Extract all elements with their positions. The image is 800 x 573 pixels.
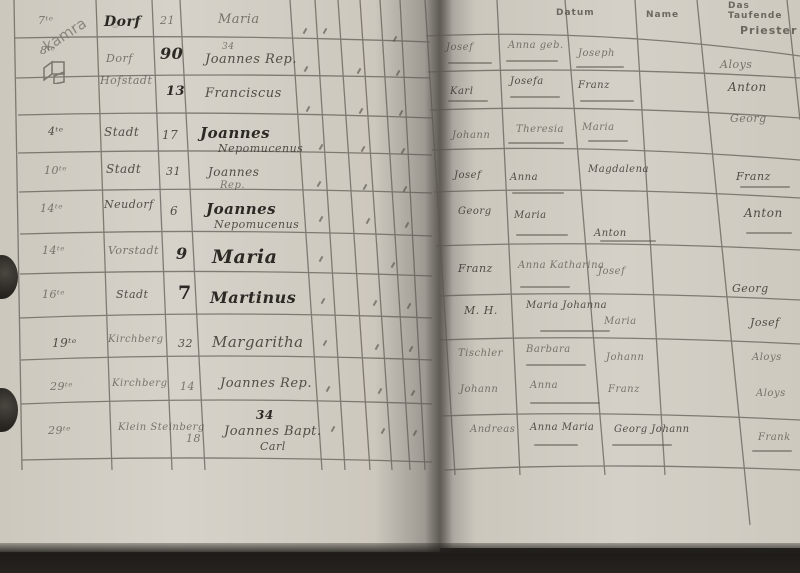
column-header: Das Taufende <box>728 1 800 21</box>
entry-cell: Maria Johanna <box>526 300 607 311</box>
house-cell: Neudorf <box>104 198 154 211</box>
entry-cell: Maria <box>514 210 547 221</box>
entry-cell: Andreas <box>470 424 515 435</box>
number-cell: 21 <box>160 14 175 27</box>
entry-cell: Josef <box>454 170 481 181</box>
house-cell: Vorstadt <box>108 244 159 257</box>
number-cell: 14 <box>180 380 195 393</box>
entry-cell: Aloys <box>756 388 786 399</box>
entry-cell: Aloys <box>720 58 752 71</box>
name-cell: Joannes Rep. <box>220 376 312 391</box>
day-cell: 4ᵗᵉ <box>48 125 63 138</box>
entry-cell: Aloys <box>752 352 782 363</box>
entry-cell: Anna Katharina <box>518 260 604 271</box>
entry-cell: M. H. <box>464 304 498 317</box>
entry-cell: Tischler <box>458 348 503 359</box>
name-cell: Martinus <box>210 288 296 307</box>
entry-cell: Anna <box>530 380 558 391</box>
name-cell: Joannes <box>200 124 270 142</box>
number-cell: 17 <box>162 128 178 142</box>
entry-cell: Franz <box>458 262 493 275</box>
entry-cell: Georg Johann <box>614 424 690 435</box>
entry-cell: Franz <box>736 170 771 183</box>
entry-cell: Magdalena <box>588 164 649 175</box>
entry-cell: Karl <box>450 86 473 97</box>
name-cell-line2: Nepomucenus <box>214 218 299 231</box>
entry-cell: Johann <box>460 384 498 395</box>
number-cell: 32 <box>178 337 193 350</box>
name-cell: Joannes Bapt. <box>224 424 322 439</box>
book-bottom-shadow <box>0 543 800 573</box>
number-cell: 13 <box>166 84 185 99</box>
house-cell: Kirchberg <box>112 378 168 389</box>
day-cell: 7ᵗᵉ <box>38 14 53 27</box>
day-cell: 14ᵗᵉ <box>42 244 65 257</box>
entry-cell: Joseph <box>578 48 615 59</box>
entry-cell: Anna geb. <box>508 40 564 51</box>
column-header: Name <box>646 10 679 20</box>
house-cell: Hofstadt <box>100 74 152 87</box>
entry-cell: Maria <box>604 316 637 327</box>
day-cell: 10ᵗᵉ <box>44 164 67 177</box>
entry-cell: Josefa <box>510 76 544 87</box>
entry-cell: Franz <box>578 80 610 91</box>
entry-cell: Anton <box>744 206 783 220</box>
superscript-note: 34 <box>256 408 274 422</box>
day-cell: 16ᵗᵉ <box>42 288 65 301</box>
superscript-note: 34 <box>222 42 234 52</box>
entry-cell: Georg <box>458 206 492 217</box>
entry-cell: Anton <box>728 80 767 94</box>
register-photograph: kamra © Datum Name Das Taufende Priester… <box>0 0 800 573</box>
entry-cell: Josef <box>446 42 473 53</box>
entry-cell: Georg <box>730 112 767 125</box>
entry-cell: Johann <box>606 352 644 363</box>
entry-cell: Anna <box>510 172 538 183</box>
name-cell: Maria <box>212 246 277 268</box>
number-cell: 6 <box>170 204 178 218</box>
number-cell: 18 <box>186 432 201 445</box>
name-cell: Maria <box>218 12 260 27</box>
entry-cell: Anton <box>594 228 627 239</box>
name-cell: Joannes Rep. <box>205 52 297 67</box>
day-cell: 14ᵗᵉ <box>40 202 63 215</box>
day-cell: 19ᵗᵉ <box>52 336 77 350</box>
cube-logo-icon <box>42 58 66 84</box>
house-cell: Dorf <box>106 52 133 65</box>
entry-cell: Anna Maria <box>530 422 594 433</box>
name-cell: Margaritha <box>212 333 304 351</box>
name-cell: Joannes <box>208 165 259 179</box>
house-cell: Stadt <box>104 125 139 139</box>
name-cell-line2: Rep. <box>220 180 245 191</box>
name-cell-line2: Nepomucenus <box>218 142 303 155</box>
house-cell: Kirchberg <box>108 334 164 345</box>
number-cell: 7 <box>178 282 192 304</box>
column-header: Datum <box>556 8 595 18</box>
day-cell: 29ᵗᵉ <box>48 424 71 437</box>
entry-cell: Barbara <box>526 344 571 355</box>
name-cell: Joannes <box>206 200 276 218</box>
day-cell: 29ᵗᵉ <box>50 380 73 393</box>
house-cell: Stadt <box>106 162 141 176</box>
entry-cell: Franz <box>608 384 640 395</box>
number-cell: 90 <box>160 44 183 63</box>
entry-cell: Theresia <box>516 124 564 135</box>
column-header: Priester <box>740 24 797 37</box>
number-cell: 31 <box>166 165 181 178</box>
entry-cell: Georg <box>732 282 769 295</box>
entry-cell: Frank <box>758 432 791 443</box>
name-cell: Franciscus <box>205 86 282 101</box>
house-cell: Stadt <box>116 288 148 301</box>
name-cell-line2: Carl <box>260 440 286 453</box>
entry-cell: Johann <box>452 130 490 141</box>
house-cell: Dorf <box>104 14 141 30</box>
day-cell: 8ᵗᵉ <box>40 44 55 57</box>
entry-cell: Josef <box>598 266 625 277</box>
entry-cell: Maria <box>582 122 615 133</box>
number-cell: 9 <box>176 244 188 263</box>
entry-cell: Josef <box>750 316 780 329</box>
